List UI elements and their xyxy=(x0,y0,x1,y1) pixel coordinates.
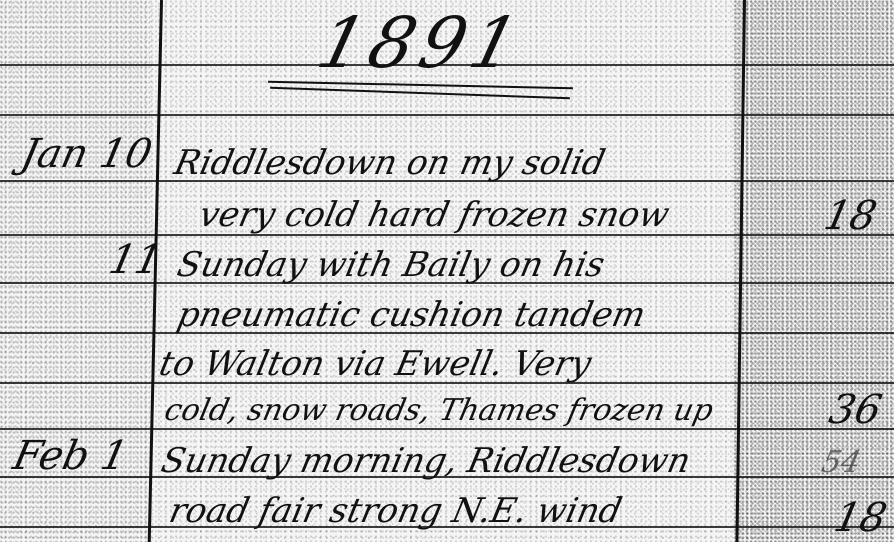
right-margin-texture xyxy=(734,0,894,542)
entry-line: road fair strong N.E. wind xyxy=(166,494,624,528)
year-heading: 1891 xyxy=(310,2,533,84)
entry-date: 11 xyxy=(106,240,165,280)
entry-line: Sunday with Baily on his xyxy=(174,248,607,282)
entry-line: pneumatic cushion tandem xyxy=(174,298,648,332)
entry-line: Riddlesdown on my solid xyxy=(171,146,608,180)
entry-miles: 18 xyxy=(821,196,880,236)
entry-miles: 36 xyxy=(826,390,885,430)
entry-miles: 18 xyxy=(831,498,890,538)
entry-line: to Walton via Ewell. Very xyxy=(156,347,594,381)
ledger-rule xyxy=(0,114,894,116)
year-underline xyxy=(270,87,570,99)
entry-line: Sunday morning, Riddlesdown xyxy=(158,444,693,478)
entry-miles-faint: 54 xyxy=(819,448,864,478)
ledger-page: 1891 Jan 10 Riddlesdown on my solid very… xyxy=(0,0,894,542)
entry-line: very cold hard frozen snow xyxy=(196,198,672,232)
ledger-rule xyxy=(0,428,894,430)
entry-date: Feb 1 xyxy=(10,436,132,476)
entry-line: cold, snow roads, Thames frozen up xyxy=(162,396,716,426)
entry-date: Jan 10 xyxy=(18,134,156,174)
